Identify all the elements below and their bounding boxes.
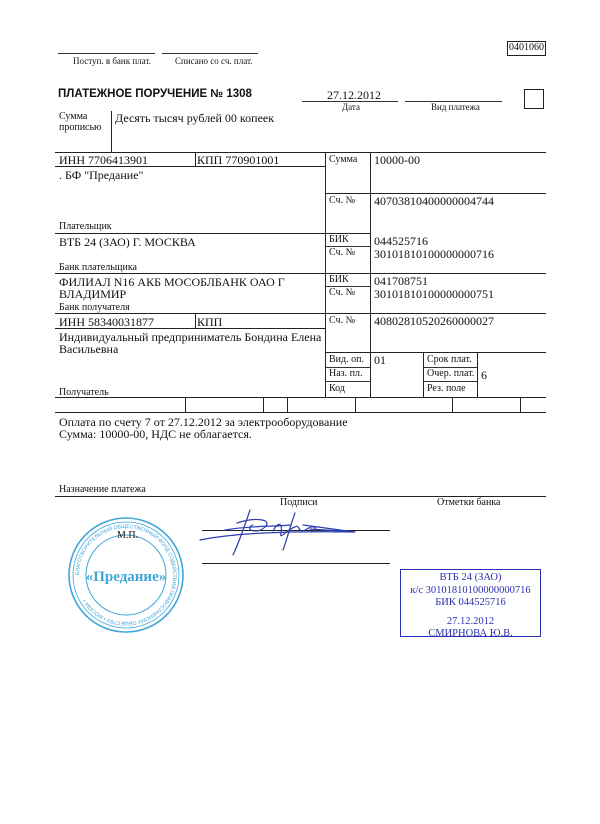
bank-stamp: ВТБ 24 (ЗАО) к/с 30101810100000000716 БИ… (400, 569, 541, 637)
bank-stamp-line-2: к/с 30101810100000000716 (401, 585, 540, 598)
grid-line (452, 397, 453, 412)
payer-bank-account-value: 30101810100000000716 (374, 248, 494, 260)
payer-account-label: Сч. № (329, 196, 355, 206)
term-label: Срок плат. (427, 355, 472, 365)
recipient-inn: ИНН 58340031877 (59, 316, 154, 328)
grid-line (195, 152, 196, 166)
signature-line-2 (202, 563, 390, 564)
sum-label: Сумма (329, 155, 357, 165)
date-label: Дата (342, 103, 360, 112)
grid-line (325, 381, 370, 382)
amount-words-label-2: прописью (59, 123, 102, 133)
grid-line (55, 233, 370, 234)
bank-received-label: Поступ. в банк плат. (73, 57, 151, 66)
recipient-bank-account-label: Сч. № (329, 288, 355, 298)
recipient-label: Получатель (59, 388, 109, 398)
grid-line (520, 397, 521, 412)
payment-type-label: Вид платежа (431, 103, 480, 112)
payer-bank-account-label: Сч. № (329, 248, 355, 258)
grid-line (55, 412, 546, 413)
grid-line (325, 152, 326, 397)
grid-line (55, 273, 546, 274)
recipient-name-2: Васильевна (59, 343, 118, 355)
payer-kpp: КПП 770901001 (197, 154, 279, 166)
amount-words-label-1: Сумма (59, 112, 87, 122)
bank-stamp-line-4: 27.12.2012 (401, 616, 540, 629)
debited-line (162, 53, 258, 54)
code-label: Код (329, 384, 345, 394)
payer-name: . БФ "Предание" (59, 169, 143, 181)
payer-bank-bik-value: 044525716 (374, 235, 428, 247)
payer-label: Плательщик (59, 222, 112, 232)
reserved-label: Рез. поле (427, 384, 466, 394)
sum-value: 10000-00 (374, 154, 420, 166)
grid-line (370, 152, 371, 397)
recipient-account-label: Сч. № (329, 316, 355, 326)
op-type-value: 01 (374, 354, 386, 366)
seal-center-text: «Предание» (86, 569, 167, 585)
payer-bank-name: ВТБ 24 (ЗАО) Г. МОСКВА (59, 236, 196, 248)
grid-line (287, 397, 288, 412)
amount-words-divider (111, 111, 112, 152)
payment-type-checkbox (524, 89, 544, 109)
recipient-bank-bik-label: БИК (329, 275, 349, 285)
op-type-label: Вид. оп. (329, 355, 364, 365)
purpose-code-label: Наз. пл. (329, 369, 362, 379)
recipient-account-value: 40802810520260000027 (374, 315, 494, 327)
bank-marks-label: Отметки банка (437, 498, 500, 508)
date-value: 27.12.2012 (327, 89, 381, 101)
grid-line (185, 397, 186, 412)
priority-label: Очер. плат. (427, 369, 474, 379)
bank-stamp-line-3: БИК 044525716 (401, 597, 540, 610)
bank-stamp-line-5: СМИРНОВА Ю.В. (401, 628, 540, 641)
grid-line (195, 313, 196, 328)
recipient-bank-label: Банк получателя (59, 303, 130, 313)
form-code-box: 0401060 (507, 41, 546, 56)
priority-value: 6 (481, 369, 487, 381)
recipient-kpp: КПП (197, 316, 222, 328)
grid-line (355, 397, 356, 412)
seal-mp-label: М.П. (117, 531, 138, 541)
grid-line (423, 381, 477, 382)
grid-line (325, 352, 546, 353)
payer-bank-label: Банк плательщика (59, 263, 137, 273)
document-title: ПЛАТЕЖНОЕ ПОРУЧЕНИЕ № 1308 (58, 89, 252, 101)
bank-received-line (58, 53, 155, 54)
recipient-bank-name-2: ВЛАДИМИР (59, 288, 126, 300)
grid-line (423, 352, 424, 397)
form-code: 0401060 (509, 43, 544, 53)
purpose-label: Назначение платежа (59, 485, 146, 495)
purpose-line-2: Сумма: 10000-00, НДС не облагается. (59, 428, 252, 440)
recipient-bank-account-value: 30101810100000000751 (374, 288, 494, 300)
grid-line (477, 352, 478, 397)
grid-line (263, 397, 264, 412)
bank-stamp-line-1: ВТБ 24 (ЗАО) (401, 572, 540, 585)
payer-inn: ИНН 7706413901 (59, 154, 148, 166)
payer-account-value: 40703810400000004744 (374, 195, 494, 207)
recipient-bank-bik-value: 041708751 (374, 275, 428, 287)
debited-label: Списано со сч. плат. (175, 57, 252, 66)
signature (195, 505, 375, 560)
amount-words-value: Десять тысяч рублей 00 копеек (115, 112, 274, 124)
grid-line (55, 397, 546, 398)
payer-bank-bik-label: БИК (329, 235, 349, 245)
